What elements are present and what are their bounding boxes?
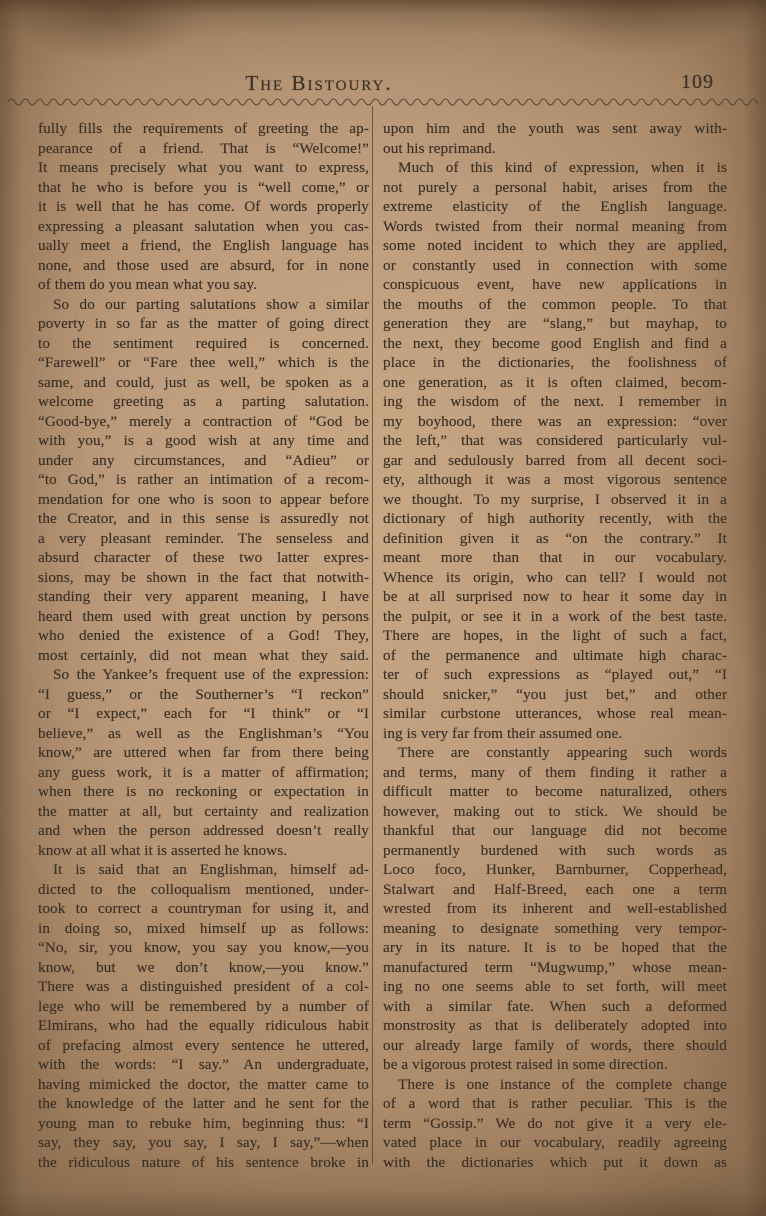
text-line: thankful that our language did not becom…: [383, 821, 727, 841]
text-line: should snicker,” “you just bet,” and oth…: [383, 685, 727, 705]
text-line: young man to rebuke him, beginning thus:…: [38, 1114, 369, 1134]
text-line: There is one instance of the complete ch…: [383, 1075, 727, 1095]
text-line: believe,” as well as the Englishman’s “Y…: [38, 724, 369, 744]
text-line: generation they are “slang,” but mayhap,…: [383, 314, 727, 334]
text-line: the Creator, and in this sense is assure…: [38, 509, 369, 529]
wavy-rule-decoration: [8, 96, 758, 108]
text-line: with you,” is a good wish at any time an…: [38, 431, 369, 451]
text-line: similar curbstone utterances, whose real…: [383, 704, 727, 724]
text-line: There was a distinguished president of a…: [38, 977, 369, 997]
text-line: who denied the existence of a God! They,: [38, 626, 369, 646]
text-line: of prefacing almost every sentence he ut…: [38, 1036, 369, 1056]
text-line: So the Yankee’s frequent use of the expr…: [38, 665, 369, 685]
text-line: So do our parting salutations show a sim…: [38, 295, 369, 315]
text-line: the pulpit, or see it in a work of the b…: [383, 607, 727, 627]
text-line: and when the person addressed doesn’t re…: [38, 821, 369, 841]
text-line: wrested from its inherent and well-estab…: [383, 899, 727, 919]
text-line: “No, sir, you know, you say you know,—yo…: [38, 938, 369, 958]
text-line: my boyhood, there was an expression: “ov…: [383, 412, 727, 432]
text-line: of a word that is rather peculiar. This …: [383, 1094, 727, 1114]
text-line: There are constantly appearing such word…: [383, 743, 727, 763]
text-line: took to correct a countryman for using i…: [38, 899, 369, 919]
text-line: Loco foco, Hunker, Barnburner, Copperhea…: [383, 860, 727, 880]
text-line: poverty in so far as the matter of going…: [38, 314, 369, 334]
book-page: The Bistoury. 109 fully fills the requir…: [0, 0, 766, 1216]
text-line: a very pleasant reminder. The senseless …: [38, 529, 369, 549]
column-divider: [372, 106, 373, 1164]
text-line: Whence its origin, who can tell? I would…: [383, 568, 727, 588]
text-line: Stalwart and Half-Breed, each one a term: [383, 880, 727, 900]
text-line: when there is no reckoning or expectatio…: [38, 782, 369, 802]
text-line: say, they say, you say, I say, I say,”—w…: [38, 1133, 369, 1153]
text-line: definition given it as “on the contrary.…: [383, 529, 727, 549]
text-line: ing is very far from their assumed one.: [383, 724, 727, 744]
text-line: welcome greeting as a parting salutation…: [38, 392, 369, 412]
text-line: ety, although it was a most vigorous sen…: [383, 470, 727, 490]
text-line: of them do you mean what you say.: [38, 275, 369, 295]
text-line: It is said that an Englishman, himself a…: [38, 860, 369, 880]
text-line: monstrosity as that is deliberately adop…: [383, 1016, 727, 1036]
text-line: standing their very apparent meaning, I …: [38, 587, 369, 607]
text-line: place in the dictionaries, the foolishne…: [383, 353, 727, 373]
text-line: conspicuous event, have new applications…: [383, 275, 727, 295]
text-line: in doing so, mixed himself up as follows…: [38, 919, 369, 939]
text-line: It means precisely what you want to expr…: [38, 158, 369, 178]
text-line: our already large family of words, there…: [383, 1036, 727, 1056]
text-line: any guess work, it is a matter of affirm…: [38, 763, 369, 783]
text-line: to the sentiment required is concerned.: [38, 334, 369, 354]
text-line: out his reprimand.: [383, 139, 727, 159]
text-line: Words twisted from their normal meaning …: [383, 217, 727, 237]
text-line: be at all surprised now to hear it some …: [383, 587, 727, 607]
text-line: and terms, many of them finding it rathe…: [383, 763, 727, 783]
text-line: or constantly used in connection with so…: [383, 256, 727, 276]
text-line: meaning to designate something very temp…: [383, 919, 727, 939]
text-line: ually meet a friend, the English languag…: [38, 236, 369, 256]
page-number: 109: [681, 71, 714, 94]
text-line: absurd character of these two latter exp…: [38, 548, 369, 568]
text-line: term “Gossip.” We do not give it a very …: [383, 1114, 727, 1134]
text-line: with the dictionaries which put it down …: [383, 1153, 727, 1173]
text-line: same, and could, just as well, be spoken…: [38, 373, 369, 393]
text-line: the matter at all, but certainty and rea…: [38, 802, 369, 822]
text-line: under any circumstances, and “Adieu” or: [38, 451, 369, 471]
text-line: of the permanence and ultimate high char…: [383, 646, 727, 666]
text-line: be a vigorous protest raised in some dir…: [383, 1055, 727, 1075]
text-line: There are hopes, in the light of such a …: [383, 626, 727, 646]
text-line: “Farewell” or “Fare thee well,” which is…: [38, 353, 369, 373]
text-line: Elmirans, who had the equally ridiculous…: [38, 1016, 369, 1036]
text-line: “I guess,” or the Southerner’s “I reckon…: [38, 685, 369, 705]
text-line: vated place in our vocabulary, readily a…: [383, 1133, 727, 1153]
text-line: know, but we don’t know,—you know.”: [38, 958, 369, 978]
text-line: dictionary of high authority recently, w…: [383, 509, 727, 529]
text-column-left: fully fills the requirements of greeting…: [38, 119, 369, 1172]
text-line: mendation for one who is soon to appear …: [38, 490, 369, 510]
text-line: the mouths of the common people. To that: [383, 295, 727, 315]
text-line: we thought. To my surprise, I observed i…: [383, 490, 727, 510]
text-line: upon him and the youth was sent away wit…: [383, 119, 727, 139]
text-line: know,” are uttered when far from there b…: [38, 743, 369, 763]
text-line: none, and those used are absurd, for in …: [38, 256, 369, 276]
text-line: ing the wisdom of the next. I remember i…: [383, 392, 727, 412]
text-line: not purely a personal habit, arises from…: [383, 178, 727, 198]
text-line: meant more than that in our vocabulary.: [383, 548, 727, 568]
text-line: difficult matter to become naturalized, …: [383, 782, 727, 802]
text-line: Much of this kind of expression, when it…: [383, 158, 727, 178]
text-line: dicted to the colloqualism mentioned, un…: [38, 880, 369, 900]
text-line: the ridiculous nature of his sentence br…: [38, 1153, 369, 1173]
text-line: the next, they become good English and f…: [383, 334, 727, 354]
text-column-right: upon him and the youth was sent away wit…: [383, 119, 727, 1172]
text-line: sions, may be shown in the fact that not…: [38, 568, 369, 588]
text-line: extreme elasticity of the English langua…: [383, 197, 727, 217]
text-line: or “I expect,” each for “I think” or “I: [38, 704, 369, 724]
text-line: manufactured term “Mugwump,” whose mean-: [383, 958, 727, 978]
text-line: that he who is before you is “well come,…: [38, 178, 369, 198]
text-line: pearance of a friend. That is “Welcome!”: [38, 139, 369, 159]
text-line: know at all what it is asserted he knows…: [38, 841, 369, 861]
text-line: with the words: “I say.” An undergraduat…: [38, 1055, 369, 1075]
text-line: the knowledge of the latter and he sent …: [38, 1094, 369, 1114]
text-line: heard them used with great unction by pe…: [38, 607, 369, 627]
text-line: having mimicked the doctor, the matter c…: [38, 1075, 369, 1095]
text-line: lege who will be remembered by a number …: [38, 997, 369, 1017]
text-line: “to God,” is rather an intimation of a r…: [38, 470, 369, 490]
text-line: the left,” that was considered particula…: [383, 431, 727, 451]
text-line: most certainly, did not mean what they s…: [38, 646, 369, 666]
text-line: one generation, as it is often claimed, …: [383, 373, 727, 393]
page-title: The Bistoury.: [0, 71, 662, 96]
text-line: it is well that he has come. Of words pr…: [38, 197, 369, 217]
text-line: with a similar fate. When such a deforme…: [383, 997, 727, 1017]
text-line: ary in its nature. It is to be hoped tha…: [383, 938, 727, 958]
text-line: permanently burdened with such words as: [383, 841, 727, 861]
text-line: ter of such expressions as “played out,”…: [383, 665, 727, 685]
text-line: fully fills the requirements of greeting…: [38, 119, 369, 139]
text-line: ing no one seems able to set forth, will…: [383, 977, 727, 997]
text-line: however, making out to stick. We should …: [383, 802, 727, 822]
text-line: gar and sedulously barred from all decen…: [383, 451, 727, 471]
text-line: some noted incident to which they are ap…: [383, 236, 727, 256]
text-line: expressing a pleasant salutation when yo…: [38, 217, 369, 237]
text-line: “Good-bye,” merely a contraction of “God…: [38, 412, 369, 432]
